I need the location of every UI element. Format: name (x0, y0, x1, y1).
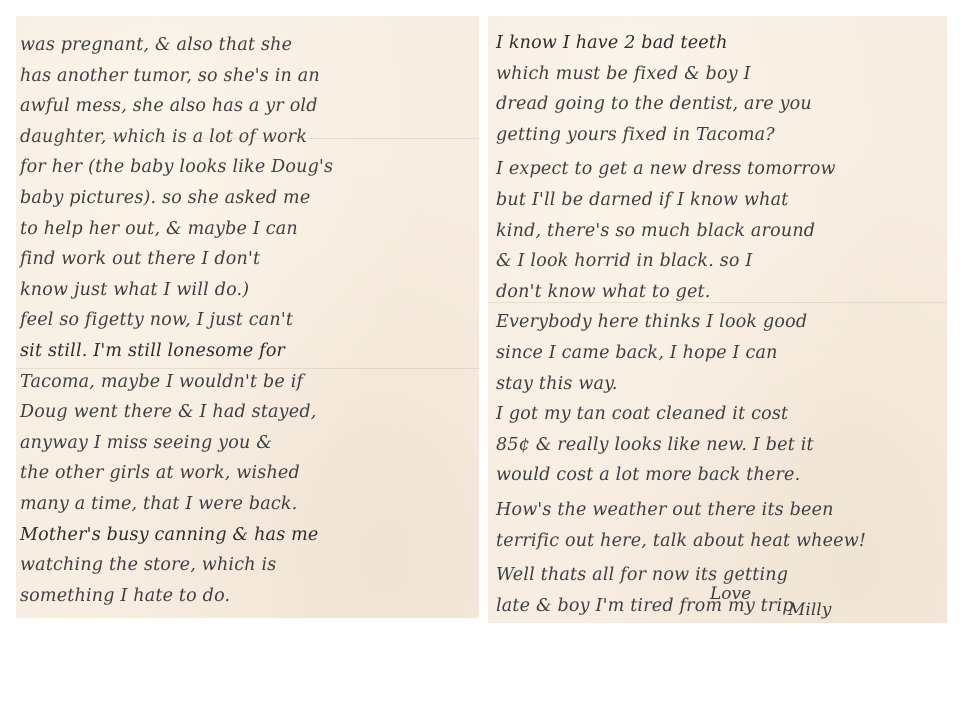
letter-line: for her (the baby looks like Doug's (20, 152, 473, 183)
letter-line: I expect to get a new dress tomorrow (496, 154, 943, 185)
letter-closing: Love (710, 584, 751, 604)
paper-fold-line (16, 368, 479, 369)
letter-line: 85¢ & really looks like new. I bet it (496, 430, 943, 461)
letter-line: something I hate to do. (20, 581, 473, 612)
letter-line: to help her out, & maybe I can (20, 214, 473, 245)
letter-line: Mother's busy canning & has me (20, 520, 473, 551)
letter-page-left: was pregnant, & also that she has anothe… (16, 16, 479, 618)
letter-line: watching the store, which is (20, 550, 473, 581)
letter-line: getting yours fixed in Tacoma? (496, 120, 943, 151)
letter-line: would cost a lot more back there. (496, 460, 943, 491)
letter-line: Let me hear from you soon (496, 621, 943, 623)
letter-line: feel so figetty now, I just can't (20, 305, 473, 336)
letter-line: anyway I miss seeing you & (20, 428, 473, 459)
letter-line: terrific out here, talk about heat wheew… (496, 526, 943, 557)
paper-fold-line (16, 138, 479, 139)
letter-line: How's the weather out there its been (496, 495, 943, 526)
letter-line: but I'll be darned if I know what (496, 185, 943, 216)
letter-line: since I came back, I hope I can (496, 338, 943, 369)
letter-line: Everybody here thinks I look good (496, 307, 943, 338)
letter-line: was pregnant, & also that she (20, 30, 473, 61)
letter-line: sit still. I'm still lonesome for (20, 336, 473, 367)
letter-line: know just what I will do.) (20, 275, 473, 306)
letter-line: baby pictures). so she asked me (20, 183, 473, 214)
letter-line: Doug went there & I had stayed, (20, 397, 473, 428)
letter-page-right: I know I have 2 bad teeth which must be … (488, 16, 947, 623)
letter-line: kind, there's so much black around (496, 216, 943, 247)
letter-line: find work out there I don't (20, 244, 473, 275)
letter-line: awful mess, she also has a yr old (20, 91, 473, 122)
letter-line: stay this way. (496, 369, 943, 400)
letter-line: & I look horrid in black. so I (496, 246, 943, 277)
letter-line: I know I have 2 bad teeth (496, 28, 943, 59)
letter-line: dread going to the dentist, are you (496, 89, 943, 120)
paper-fold-line (488, 302, 947, 303)
letter-line: I got my tan coat cleaned it cost (496, 399, 943, 430)
letter-line: the other girls at work, wished (20, 458, 473, 489)
letter-line: many a time, that I were back. (20, 489, 473, 520)
letter-line: has another tumor, so she's in an (20, 61, 473, 92)
letter-line: which must be fixed & boy I (496, 59, 943, 90)
letter-signature: Milly (788, 600, 831, 620)
letter-line: Tacoma, maybe I wouldn't be if (20, 367, 473, 398)
